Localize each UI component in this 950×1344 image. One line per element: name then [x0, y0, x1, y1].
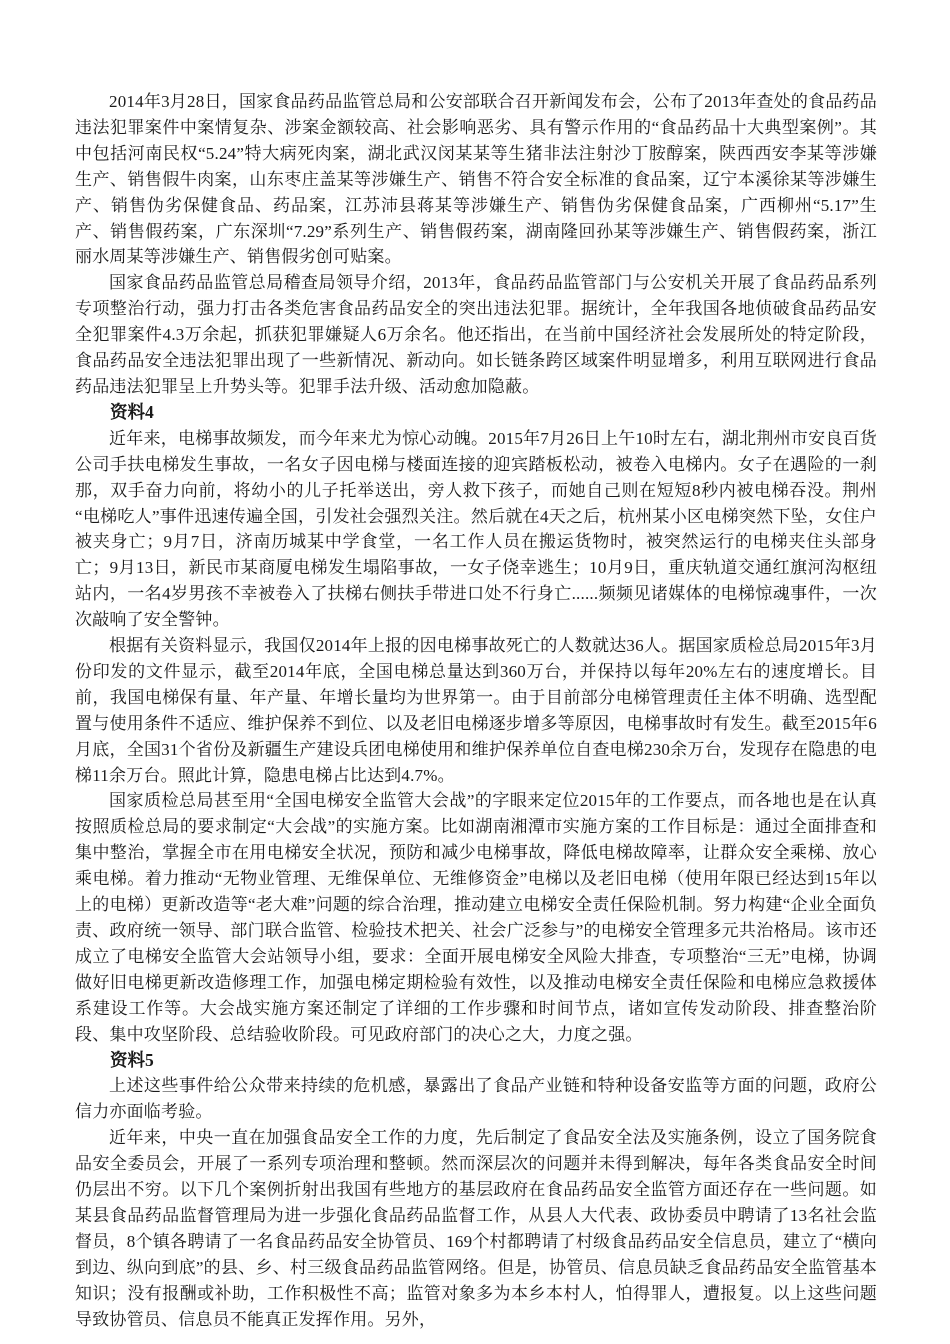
- document-page: 2014年3月28日，国家食品药品监管总局和公安部联合召开新闻发布会，公布了20…: [0, 0, 950, 1344]
- paragraph-elevator-campaign: 国家质检总局甚至用“全国电梯安全监管大会战”的字眼来定位2015年的工作要点，而…: [75, 788, 877, 1047]
- heading-material-4: 资料4: [75, 400, 877, 426]
- paragraph-top10-cases: 2014年3月28日，国家食品药品监管总局和公安部联合召开新闻发布会，公布了20…: [75, 89, 877, 270]
- paragraph-public-crisis: 上述这些事件给公众带来持续的危机感，暴露出了食品产业链和特种设备安监等方面的问题…: [75, 1073, 877, 1125]
- heading-material-5: 资料5: [75, 1048, 877, 1074]
- paragraph-elevator-statistics: 根据有关资料显示，我国仅2014年上报的因电梯事故死亡的人数就达36人。据国家质…: [75, 633, 877, 788]
- paragraph-grassroots-supervision: 近年来，中央一直在加强食品安全工作的力度，先后制定了食品安全法及实施条例，设立了…: [75, 1125, 877, 1332]
- paragraph-elevator-accidents: 近年来，电梯事故频发，而今年来尤为惊心动魄。2015年7月26日上午10时左右，…: [75, 426, 877, 633]
- paragraph-crackdown-stats: 国家食品药品监管总局稽查局领导介绍，2013年，食品药品监管部门与公安机关开展了…: [75, 270, 877, 400]
